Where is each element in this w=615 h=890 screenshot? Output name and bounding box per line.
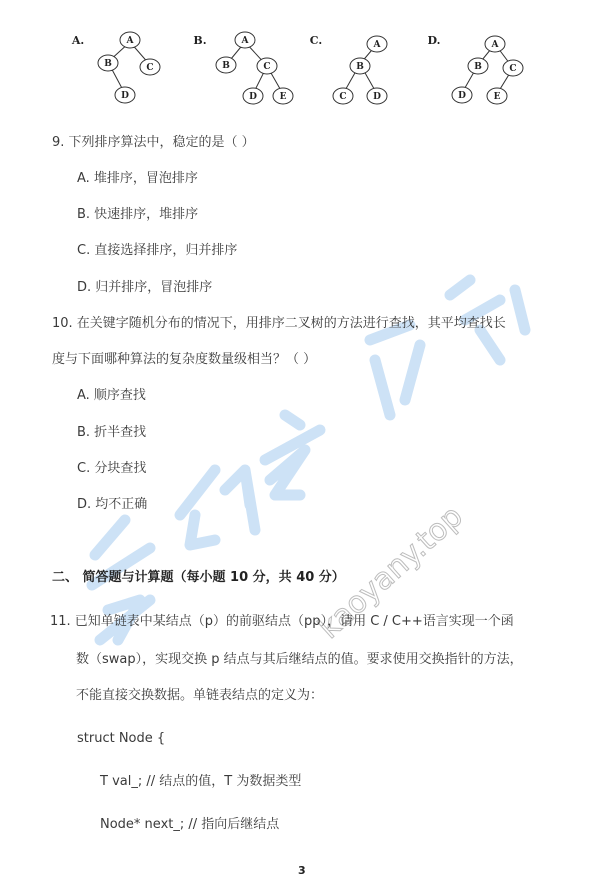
svg-text:D: D: [121, 91, 129, 101]
svg-text:B: B: [104, 59, 112, 69]
svg-text:D: D: [249, 92, 257, 102]
svg-text:A.: A.: [71, 34, 84, 47]
svg-text:A: A: [373, 40, 382, 50]
q10-option-d: D. 均不正确: [77, 497, 147, 513]
svg-text:B.: B.: [193, 34, 206, 47]
code-line-struct: struct Node {: [77, 731, 165, 747]
svg-text:C.: C.: [310, 34, 322, 47]
svg-text:E: E: [280, 92, 287, 102]
q10-option-b: B. 折半查找: [77, 425, 146, 441]
svg-text:E: E: [494, 92, 501, 102]
svg-text:A: A: [491, 40, 500, 50]
page-number: 3: [298, 864, 306, 877]
svg-text:D: D: [458, 91, 466, 101]
exam-page: kaoyany.top A. ABCD B. ABCDE C.: [0, 0, 615, 890]
binary-tree-options-figure: A. ABCD B. ABCDE C. ABCD D. ABCDE: [0, 20, 615, 120]
svg-text:B: B: [222, 61, 230, 71]
svg-text:A: A: [241, 36, 250, 46]
code-line-val: T val_; // 结点的值，T 为数据类型: [100, 774, 301, 790]
svg-text:C: C: [339, 92, 346, 102]
svg-text:B: B: [474, 62, 482, 72]
code-line-next: Node* next_; // 指向后继结点: [100, 817, 279, 833]
svg-text:D.: D.: [428, 34, 441, 47]
q9-option-b: B. 快速排序，堆排序: [77, 207, 198, 223]
svg-text:C: C: [509, 64, 516, 74]
question-11-line3: 不能直接交换数据。单链表结点的定义为：: [76, 688, 323, 704]
section-2-heading: 二、 简答题与计算题（每小题 10 分，共 40 分）: [52, 570, 345, 586]
svg-text:B: B: [356, 62, 364, 72]
q10-option-a: A. 顺序查找: [77, 388, 146, 404]
svg-text:D: D: [373, 92, 381, 102]
q9-option-d: D. 归并排序，冒泡排序: [77, 280, 212, 296]
q9-option-c: C. 直接选择排序，归并排序: [77, 243, 237, 259]
q9-option-a: A. 堆排序，冒泡排序: [77, 171, 198, 187]
svg-text:A: A: [126, 36, 135, 46]
question-11-line2: 数（swap），实现交换 p 结点与其后继结点的值。要求使用交换指针的方法，: [76, 652, 523, 668]
watermark-url: kaoyany.top: [0, 0, 615, 890]
q10-option-c: C. 分块查找: [77, 461, 146, 477]
question-10-stem-line1: 10. 在关键字随机分布的情况下，用排序二叉树的方法进行查找，其平均查找长: [52, 316, 506, 332]
question-9-stem: 9. 下列排序算法中，稳定的是（ ）: [52, 135, 255, 151]
question-10-stem-line2: 度与下面哪种算法的复杂度数量级相当？（ ）: [52, 352, 316, 368]
svg-text:C: C: [146, 63, 153, 73]
svg-text:C: C: [263, 62, 270, 72]
watermark-calligraphy: [0, 0, 615, 890]
question-11-line1: 11. 已知单链表中某结点（p）的前驱结点（pp），请用 C / C++语言实现…: [50, 614, 514, 630]
